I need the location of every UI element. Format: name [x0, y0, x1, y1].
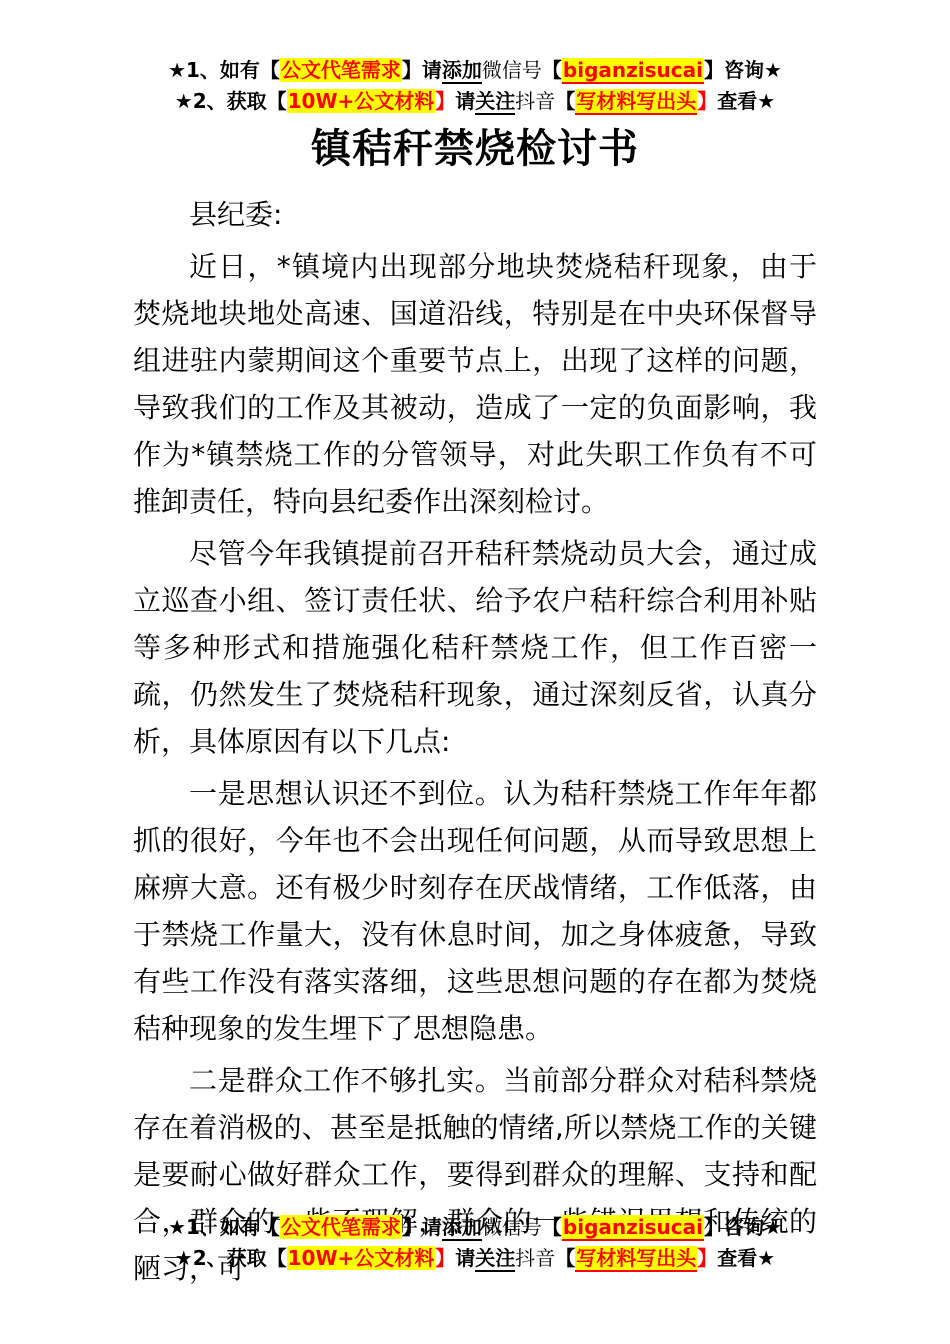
- promo-text-run: 查看★: [717, 1246, 775, 1270]
- promo-text-run: 【: [542, 1215, 562, 1239]
- promo-text-run: 】: [697, 89, 717, 113]
- promo-header-line-1: ★1、如有【公文代笔需求】请添加微信号【biganzisucai】咨询★: [0, 55, 950, 86]
- promo-text-run: 】: [697, 1246, 717, 1270]
- promo-text-run: 抖音: [515, 1246, 555, 1270]
- promo-text-run: ★1、如有【: [168, 1215, 280, 1239]
- promo-text-run: 【: [555, 89, 575, 113]
- promo-text-run: 10W+公文材料: [287, 1246, 436, 1270]
- paragraph-3: 一是思想认识还不到位。认为秸秆禁烧工作年年都抓的很好，今年也不会出现任何问题，从…: [133, 770, 817, 1052]
- promo-text-run: biganzisucai: [562, 58, 704, 84]
- promo-text-run: 【: [555, 1246, 575, 1270]
- promo-text-run: ★2、获取【: [175, 1246, 287, 1270]
- promo-text-run: 】: [435, 89, 455, 113]
- promo-text-run: 关注: [475, 1246, 515, 1272]
- promo-text-run: 】请: [402, 58, 442, 82]
- promo-text-run: ★1、如有【: [168, 58, 280, 82]
- promo-text-run: 微信号: [482, 58, 542, 82]
- promo-text-run: 【: [542, 58, 562, 82]
- promo-text-run: 微信号: [482, 1215, 542, 1239]
- promo-text-run: 请: [455, 89, 475, 113]
- promo-header: ★1、如有【公文代笔需求】请添加微信号【biganzisucai】咨询★ ★2、…: [0, 0, 950, 117]
- document-body: 县纪委: 近日，*镇境内出现部分地块焚烧秸秆现象，由于焚烧地块地处高速、国道沿线…: [133, 191, 817, 1292]
- promo-text-run: 】咨询★: [704, 58, 782, 82]
- promo-text-run: 写材料写出头: [575, 89, 697, 115]
- paragraph-2: 尽管今年我镇提前召开秸秆禁烧动员大会，通过成立巡查小组、签订责任状、给予农户秸秆…: [133, 530, 817, 765]
- promo-text-run: 写材料写出头: [575, 1246, 697, 1272]
- salutation: 县纪委:: [133, 191, 817, 238]
- promo-text-run: 关注: [475, 89, 515, 115]
- promo-header-line-2: ★2、获取【10W+公文材料】请关注抖音【写材料写出头】查看★: [0, 86, 950, 117]
- promo-footer: ★1、如有【公文代笔需求】请添加微信号【biganzisucai】咨询★ ★2、…: [0, 1212, 950, 1274]
- paragraph-1: 近日，*镇境内出现部分地块焚烧秸秆现象，由于焚烧地块地处高速、国道沿线，特别是在…: [133, 243, 817, 525]
- promo-text-run: 请: [455, 1246, 475, 1270]
- promo-text-run: 添加: [442, 1215, 482, 1241]
- document-title: 镇秸秆禁烧检讨书: [0, 125, 950, 173]
- promo-text-run: 】咨询★: [704, 1215, 782, 1239]
- promo-text-run: 添加: [442, 58, 482, 84]
- promo-footer-line-1: ★1、如有【公文代笔需求】请添加微信号【biganzisucai】咨询★: [0, 1212, 950, 1243]
- document-page: ★1、如有【公文代笔需求】请添加微信号【biganzisucai】咨询★ ★2、…: [0, 0, 950, 1344]
- promo-text-run: biganzisucai: [562, 1215, 704, 1241]
- promo-text-run: ★2、获取【: [175, 89, 287, 113]
- promo-text-run: 查看★: [717, 89, 775, 113]
- promo-text-run: 10W+公文材料: [287, 89, 436, 113]
- promo-text-run: 】请: [402, 1215, 442, 1239]
- promo-text-run: 】: [435, 1246, 455, 1270]
- promo-text-run: 公文代笔需求: [280, 58, 402, 82]
- promo-footer-line-2: ★2、获取【10W+公文材料】请关注抖音【写材料写出头】查看★: [0, 1243, 950, 1274]
- promo-text-run: 抖音: [515, 89, 555, 113]
- promo-text-run: 公文代笔需求: [280, 1215, 402, 1239]
